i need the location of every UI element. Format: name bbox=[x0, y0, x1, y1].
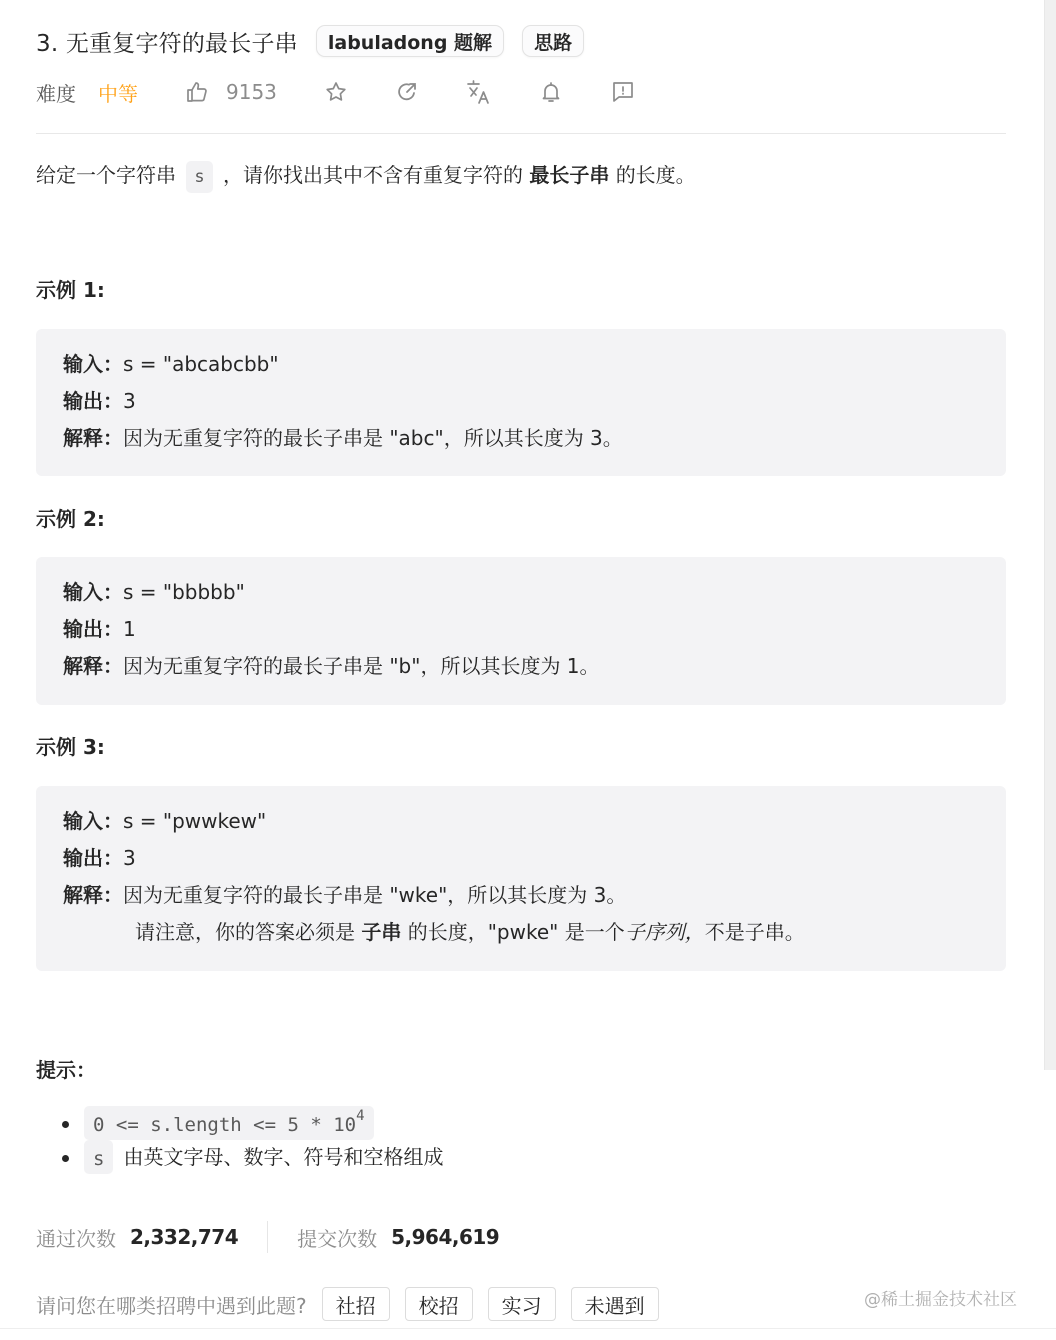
like-count: 9153 bbox=[226, 80, 277, 104]
output-value: 3 bbox=[123, 846, 136, 870]
note-text: 不是子串。 bbox=[705, 920, 805, 944]
hint-code: s bbox=[84, 1140, 113, 1174]
output-key: 输出： bbox=[63, 389, 123, 413]
description-bold: 最长子串 bbox=[529, 163, 609, 187]
approach-button[interactable]: 思路 bbox=[522, 25, 584, 57]
hints-title: 提示： bbox=[36, 1054, 96, 1083]
labuladong-solution-button[interactable]: labuladong 题解 bbox=[316, 25, 504, 57]
stats-divider bbox=[267, 1221, 268, 1253]
survey-option-social[interactable]: 社招 bbox=[322, 1287, 390, 1321]
share-icon[interactable] bbox=[394, 79, 420, 105]
example-input: 输入：s = "bbbbb" bbox=[63, 574, 1006, 611]
explain-key: 解释： bbox=[63, 883, 123, 907]
explain-key: 解释： bbox=[63, 654, 123, 678]
submitted-value: 5,964,619 bbox=[391, 1225, 499, 1249]
output-key: 输出： bbox=[63, 846, 123, 870]
explain-value: 因为无重复字符的最长子串是 "b"，所以其长度为 1。 bbox=[123, 654, 600, 678]
example-title: 示例 2: bbox=[36, 503, 105, 532]
note-italic: 子序列， bbox=[625, 920, 705, 944]
accepted-value: 2,332,774 bbox=[130, 1225, 238, 1249]
title-row: 3. 无重复字符的最长子串 labuladong 题解 思路 bbox=[36, 24, 584, 58]
hint-item: s 由英文字母、数字、符号和空格组成 bbox=[84, 1140, 443, 1174]
output-value: 3 bbox=[123, 389, 136, 413]
submission-stats: 通过次数 2,332,774 提交次数 5,964,619 bbox=[36, 1222, 499, 1252]
scrollbar-track[interactable] bbox=[1044, 0, 1056, 1070]
survey-option-never[interactable]: 未遇到 bbox=[571, 1287, 659, 1321]
input-value: s = "pwwkew" bbox=[123, 809, 266, 833]
explain-value: 因为无重复字符的最长子串是 "abc"，所以其长度为 3。 bbox=[123, 426, 623, 450]
translate-icon[interactable] bbox=[466, 79, 492, 105]
example-explanation: 解释：因为无重复字符的最长子串是 "wke"，所以其长度为 3。 bbox=[63, 877, 1006, 914]
input-key: 输入： bbox=[63, 580, 123, 604]
example-box: 输入：s = "abcabcbb" 输出：3 解释：因为无重复字符的最长子串是 … bbox=[36, 329, 1006, 476]
difficulty-badge: 中等 bbox=[98, 78, 138, 107]
feedback-icon[interactable] bbox=[610, 79, 636, 105]
interview-survey: 请问您在哪类招聘中遇到此题? 社招 校招 实习 未遇到 bbox=[36, 1286, 659, 1322]
hint-text: 由英文字母、数字、符号和空格组成 bbox=[123, 1140, 443, 1174]
example-note: 请注意，你的答案必须是 子串 的长度，"pwke" 是一个子序列，不是子串。 bbox=[63, 914, 1006, 951]
example-output: 输出：1 bbox=[63, 611, 1006, 648]
example-output: 输出：3 bbox=[63, 840, 1006, 877]
input-key: 输入： bbox=[63, 809, 123, 833]
note-text: 请注意，你的答案必须是 bbox=[135, 920, 361, 944]
hint-code-text: 0 <= s.length <= 5 * 10 bbox=[93, 1114, 356, 1136]
description-text: 的长度。 bbox=[616, 163, 696, 187]
example-explanation: 解释：因为无重复字符的最长子串是 "abc"，所以其长度为 3。 bbox=[63, 420, 1006, 457]
input-value: s = "bbbbb" bbox=[123, 580, 245, 604]
input-value: s = "abcabcbb" bbox=[123, 352, 279, 376]
survey-option-campus[interactable]: 校招 bbox=[405, 1287, 473, 1321]
problem-title: 3. 无重复字符的最长子串 bbox=[36, 25, 298, 58]
example-box: 输入：s = "bbbbb" 输出：1 解释：因为无重复字符的最长子串是 "b"… bbox=[36, 557, 1006, 705]
hint-item: 0 <= s.length <= 5 * 104 bbox=[84, 1106, 443, 1140]
example-explanation: 解释：因为无重复字符的最长子串是 "b"，所以其长度为 1。 bbox=[63, 648, 1006, 685]
output-key: 输出： bbox=[63, 617, 123, 641]
meta-row: 难度 中等 9153 bbox=[36, 76, 636, 108]
example-output: 输出：3 bbox=[63, 383, 1006, 420]
hint-code-exponent: 4 bbox=[356, 1108, 364, 1124]
survey-option-internship[interactable]: 实习 bbox=[488, 1287, 556, 1321]
bell-icon[interactable] bbox=[538, 79, 564, 105]
watermark: @稀土掘金技术社区 bbox=[864, 1285, 1017, 1310]
input-key: 输入： bbox=[63, 352, 123, 376]
thumbs-up-icon[interactable] bbox=[184, 79, 210, 105]
survey-question: 请问您在哪类招聘中遇到此题? bbox=[36, 1290, 307, 1319]
example-title: 示例 3: bbox=[36, 731, 105, 760]
header-divider bbox=[36, 133, 1006, 134]
accepted-label: 通过次数 bbox=[36, 1223, 116, 1252]
star-icon[interactable] bbox=[323, 79, 349, 105]
difficulty-label: 难度 bbox=[36, 78, 76, 107]
inline-code-s: s bbox=[186, 161, 212, 193]
explain-key: 解释： bbox=[63, 426, 123, 450]
description-text: 给定一个字符串 bbox=[36, 163, 176, 187]
bottom-divider bbox=[0, 1328, 1056, 1329]
description-text: ，请你找出其中不含有重复字符的 bbox=[223, 163, 523, 187]
submitted-label: 提交次数 bbox=[297, 1223, 377, 1252]
hints-list: 0 <= s.length <= 5 * 104 s 由英文字母、数字、符号和空… bbox=[84, 1106, 443, 1174]
explain-value: 因为无重复字符的最长子串是 "wke"，所以其长度为 3。 bbox=[123, 883, 626, 907]
hint-code: 0 <= s.length <= 5 * 104 bbox=[84, 1106, 374, 1140]
example-input: 输入：s = "pwwkew" bbox=[63, 803, 1006, 840]
example-input: 输入：s = "abcabcbb" bbox=[63, 346, 1006, 383]
problem-description: 给定一个字符串 s ，请你找出其中不含有重复字符的 最长子串 的长度。 bbox=[36, 158, 696, 193]
note-text: 的长度，"pwke" 是一个 bbox=[401, 920, 624, 944]
output-value: 1 bbox=[123, 617, 136, 641]
note-bold: 子串 bbox=[361, 920, 401, 944]
example-title: 示例 1: bbox=[36, 274, 105, 303]
example-box: 输入：s = "pwwkew" 输出：3 解释：因为无重复字符的最长子串是 "w… bbox=[36, 786, 1006, 971]
